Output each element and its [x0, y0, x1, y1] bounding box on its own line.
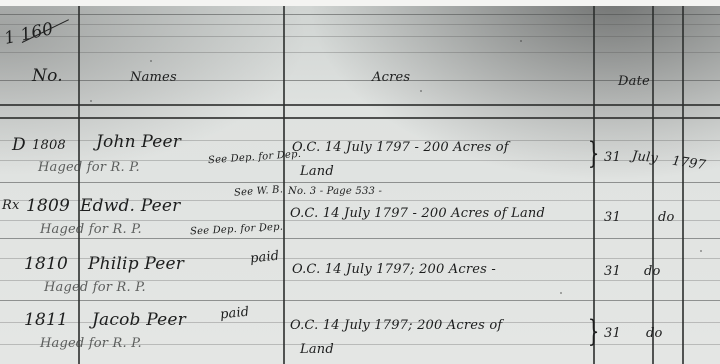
paid-mark: paid — [249, 249, 280, 267]
header-number: No. — [32, 66, 63, 86]
entry-date-year: 1797 — [671, 154, 707, 174]
header-divider — [0, 117, 720, 119]
header-names: Names — [130, 70, 177, 85]
ruling-line — [0, 52, 720, 53]
entry-date-day: 31 — [604, 326, 621, 341]
column-divider — [652, 6, 654, 364]
entry-name: Edwd. Peer — [80, 196, 180, 216]
brace-mark: } — [588, 136, 599, 171]
ruling-line — [0, 300, 720, 301]
entry-date-month: do — [658, 210, 675, 225]
ledger-page: 1 160 No. Names Acres Date D 1808 John P… — [0, 0, 720, 364]
scan-speck — [260, 230, 262, 232]
column-divider — [78, 6, 80, 364]
ruling-line — [0, 182, 720, 183]
ruling-line — [0, 36, 720, 37]
margin-mark: Rx — [2, 198, 20, 213]
entry-acres-continued: Land — [300, 164, 334, 179]
entry-cross-reference: See Dep. for Dep. — [208, 149, 302, 166]
paid-mark: paid — [219, 305, 250, 323]
entry-date-month: do — [646, 326, 663, 341]
entry-cross-reference-detail: No. 3 - Page 533 - — [288, 186, 382, 197]
entry-subnote: Haged for R. P. — [38, 160, 140, 175]
margin-mark: D — [12, 135, 26, 155]
entry-number: 1811 — [24, 310, 68, 330]
scan-edge — [0, 0, 720, 6]
scan-speck — [420, 90, 422, 92]
entry-cross-reference-top: See W. B. — [234, 184, 284, 198]
entry-subnote: Haged for R. P. — [40, 222, 142, 237]
page-prefix: 1 — [2, 27, 17, 49]
scan-speck — [700, 250, 702, 252]
scan-speck — [150, 60, 152, 62]
entry-acres: O.C. 14 July 1797; 200 Acres of — [290, 318, 502, 333]
column-divider — [682, 6, 684, 364]
entry-date-day: 31 — [604, 150, 621, 165]
entry-date-day: 31 — [604, 210, 621, 225]
entry-acres: O.C. 14 July 1797 - 200 Acres of Land — [290, 206, 545, 221]
ruling-line — [0, 80, 720, 81]
entry-date-day: 31 — [604, 264, 621, 279]
entry-number: 1808 — [32, 138, 66, 153]
header-date: Date — [618, 74, 650, 89]
column-divider — [283, 6, 285, 364]
entry-acres: O.C. 14 July 1797 - 200 Acres of — [292, 140, 509, 155]
entry-cross-reference: See Dep. for Dep. — [190, 222, 284, 238]
scan-speck — [560, 292, 562, 294]
entry-date-month: July — [631, 149, 658, 167]
ruling-line — [0, 24, 720, 25]
entry-number: 1809 — [26, 196, 70, 216]
entry-subnote: Haged for R. P. — [44, 280, 146, 295]
entry-number: 1810 — [24, 254, 68, 274]
brace-mark: } — [588, 314, 599, 349]
header-divider — [0, 104, 720, 106]
entry-name: John Peer — [96, 132, 181, 152]
entry-name: Jacob Peer — [92, 310, 186, 330]
entry-name: Philip Peer — [88, 254, 184, 274]
entry-acres-continued: Land — [300, 342, 334, 357]
ruling-line — [0, 238, 720, 239]
scan-speck — [90, 100, 92, 102]
column-divider — [593, 6, 595, 364]
scan-speck — [520, 40, 522, 42]
entry-date-month: do — [644, 264, 661, 279]
ruling-line — [0, 14, 720, 15]
header-acres: Acres — [372, 70, 410, 85]
entry-acres: O.C. 14 July 1797; 200 Acres - — [292, 262, 496, 277]
entry-subnote: Haged for R. P. — [40, 336, 142, 351]
